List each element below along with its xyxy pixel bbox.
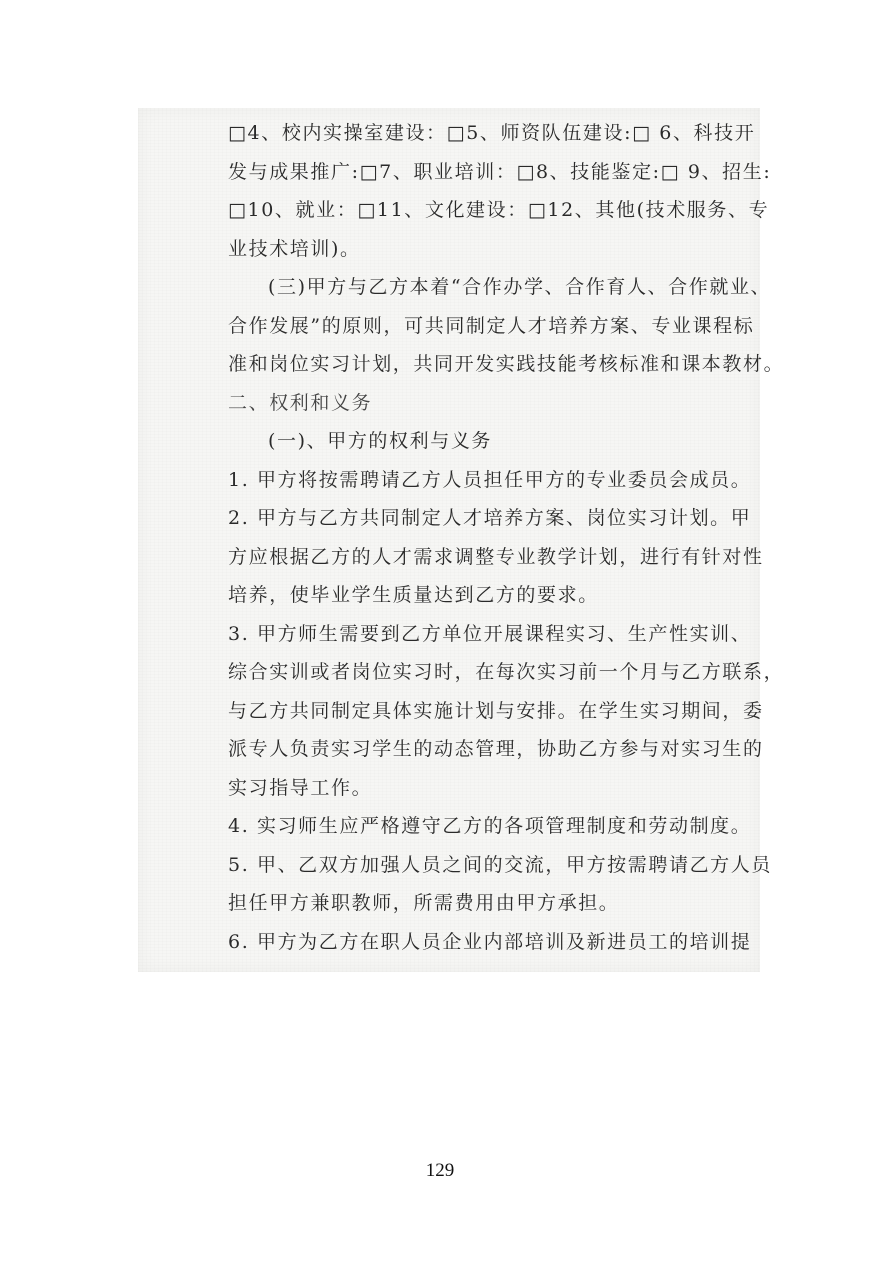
- text-line: 4. 实习师生应严格遵守乙方的各项管理制度和劳动制度。: [228, 807, 748, 846]
- text-line: 合作发展”的原则，可共同制定人才培养方案、专业课程标: [228, 307, 748, 346]
- list-item-6: 6. 甲方为乙方在职人员企业内部培训及新进员工的培训提: [228, 923, 748, 962]
- text-line: 业技术培训)。: [228, 230, 748, 269]
- text-line: 5. 甲、乙双方加强人员之间的交流，甲方按需聘请乙方人员: [228, 846, 748, 885]
- text-line: 2. 甲方与乙方共同制定人才培养方案、岗位实习计划。甲: [228, 499, 748, 538]
- text-line: 3. 甲方师生需要到乙方单位开展课程实习、生产性实训、: [228, 615, 748, 654]
- section-heading: 二、权利和义务: [228, 384, 748, 423]
- text-line: 实习指导工作。: [228, 769, 748, 808]
- text-line: 发与成果推广:□7、职业培训：□8、技能鉴定:□ 9、招生:: [228, 153, 748, 192]
- text-line: (三)甲方与乙方本着“合作办学、合作育人、合作就业、: [228, 268, 748, 307]
- list-item-4: 4. 实习师生应严格遵守乙方的各项管理制度和劳动制度。: [228, 807, 748, 846]
- text-line: 担任甲方兼职教师，所需费用由甲方承担。: [228, 884, 748, 923]
- text-line: 6. 甲方为乙方在职人员企业内部培训及新进员工的培训提: [228, 923, 748, 962]
- text-line: 培养，使毕业学生质量达到乙方的要求。: [228, 576, 748, 615]
- text-line: □10、就业：□11、文化建设：□12、其他(技术服务、专: [228, 191, 748, 230]
- text-line: 综合实训或者岗位实习时，在每次实习前一个月与乙方联系，: [228, 653, 748, 692]
- text-line: 准和岗位实习计划，共同开发实践技能考核标准和课本教材。: [228, 345, 748, 384]
- paragraph-principle-3: (三)甲方与乙方本着“合作办学、合作育人、合作就业、 合作发展”的原则，可共同制…: [228, 268, 748, 384]
- subsection-heading: (一)、甲方的权利与义务: [228, 422, 748, 461]
- list-item-3: 3. 甲方师生需要到乙方单位开展课程实习、生产性实训、 综合实训或者岗位实习时，…: [228, 615, 748, 808]
- text-line: 1. 甲方将按需聘请乙方人员担任甲方的专业委员会成员。: [228, 461, 748, 500]
- document-body: □4、校内实操室建设：□5、师资队伍建设:□ 6、科技开 发与成果推广:□7、职…: [228, 114, 748, 961]
- paragraph-cooperation-items: □4、校内实操室建设：□5、师资队伍建设:□ 6、科技开 发与成果推广:□7、职…: [228, 114, 748, 268]
- text-line: □4、校内实操室建设：□5、师资队伍建设:□ 6、科技开: [228, 114, 748, 153]
- list-item-2: 2. 甲方与乙方共同制定人才培养方案、岗位实习计划。甲 方应根据乙方的人才需求调…: [228, 499, 748, 615]
- text-line: 与乙方共同制定具体实施计划与安排。在学生实习期间，委: [228, 692, 748, 731]
- text-line: 方应根据乙方的人才需求调整专业教学计划，进行有针对性: [228, 538, 748, 577]
- text-line: 派专人负责实习学生的动态管理，协助乙方参与对实习生的: [228, 730, 748, 769]
- page-number: 129: [0, 1160, 880, 1182]
- list-item-5: 5. 甲、乙双方加强人员之间的交流，甲方按需聘请乙方人员 担任甲方兼职教师，所需…: [228, 846, 748, 923]
- list-item-1: 1. 甲方将按需聘请乙方人员担任甲方的专业委员会成员。: [228, 461, 748, 500]
